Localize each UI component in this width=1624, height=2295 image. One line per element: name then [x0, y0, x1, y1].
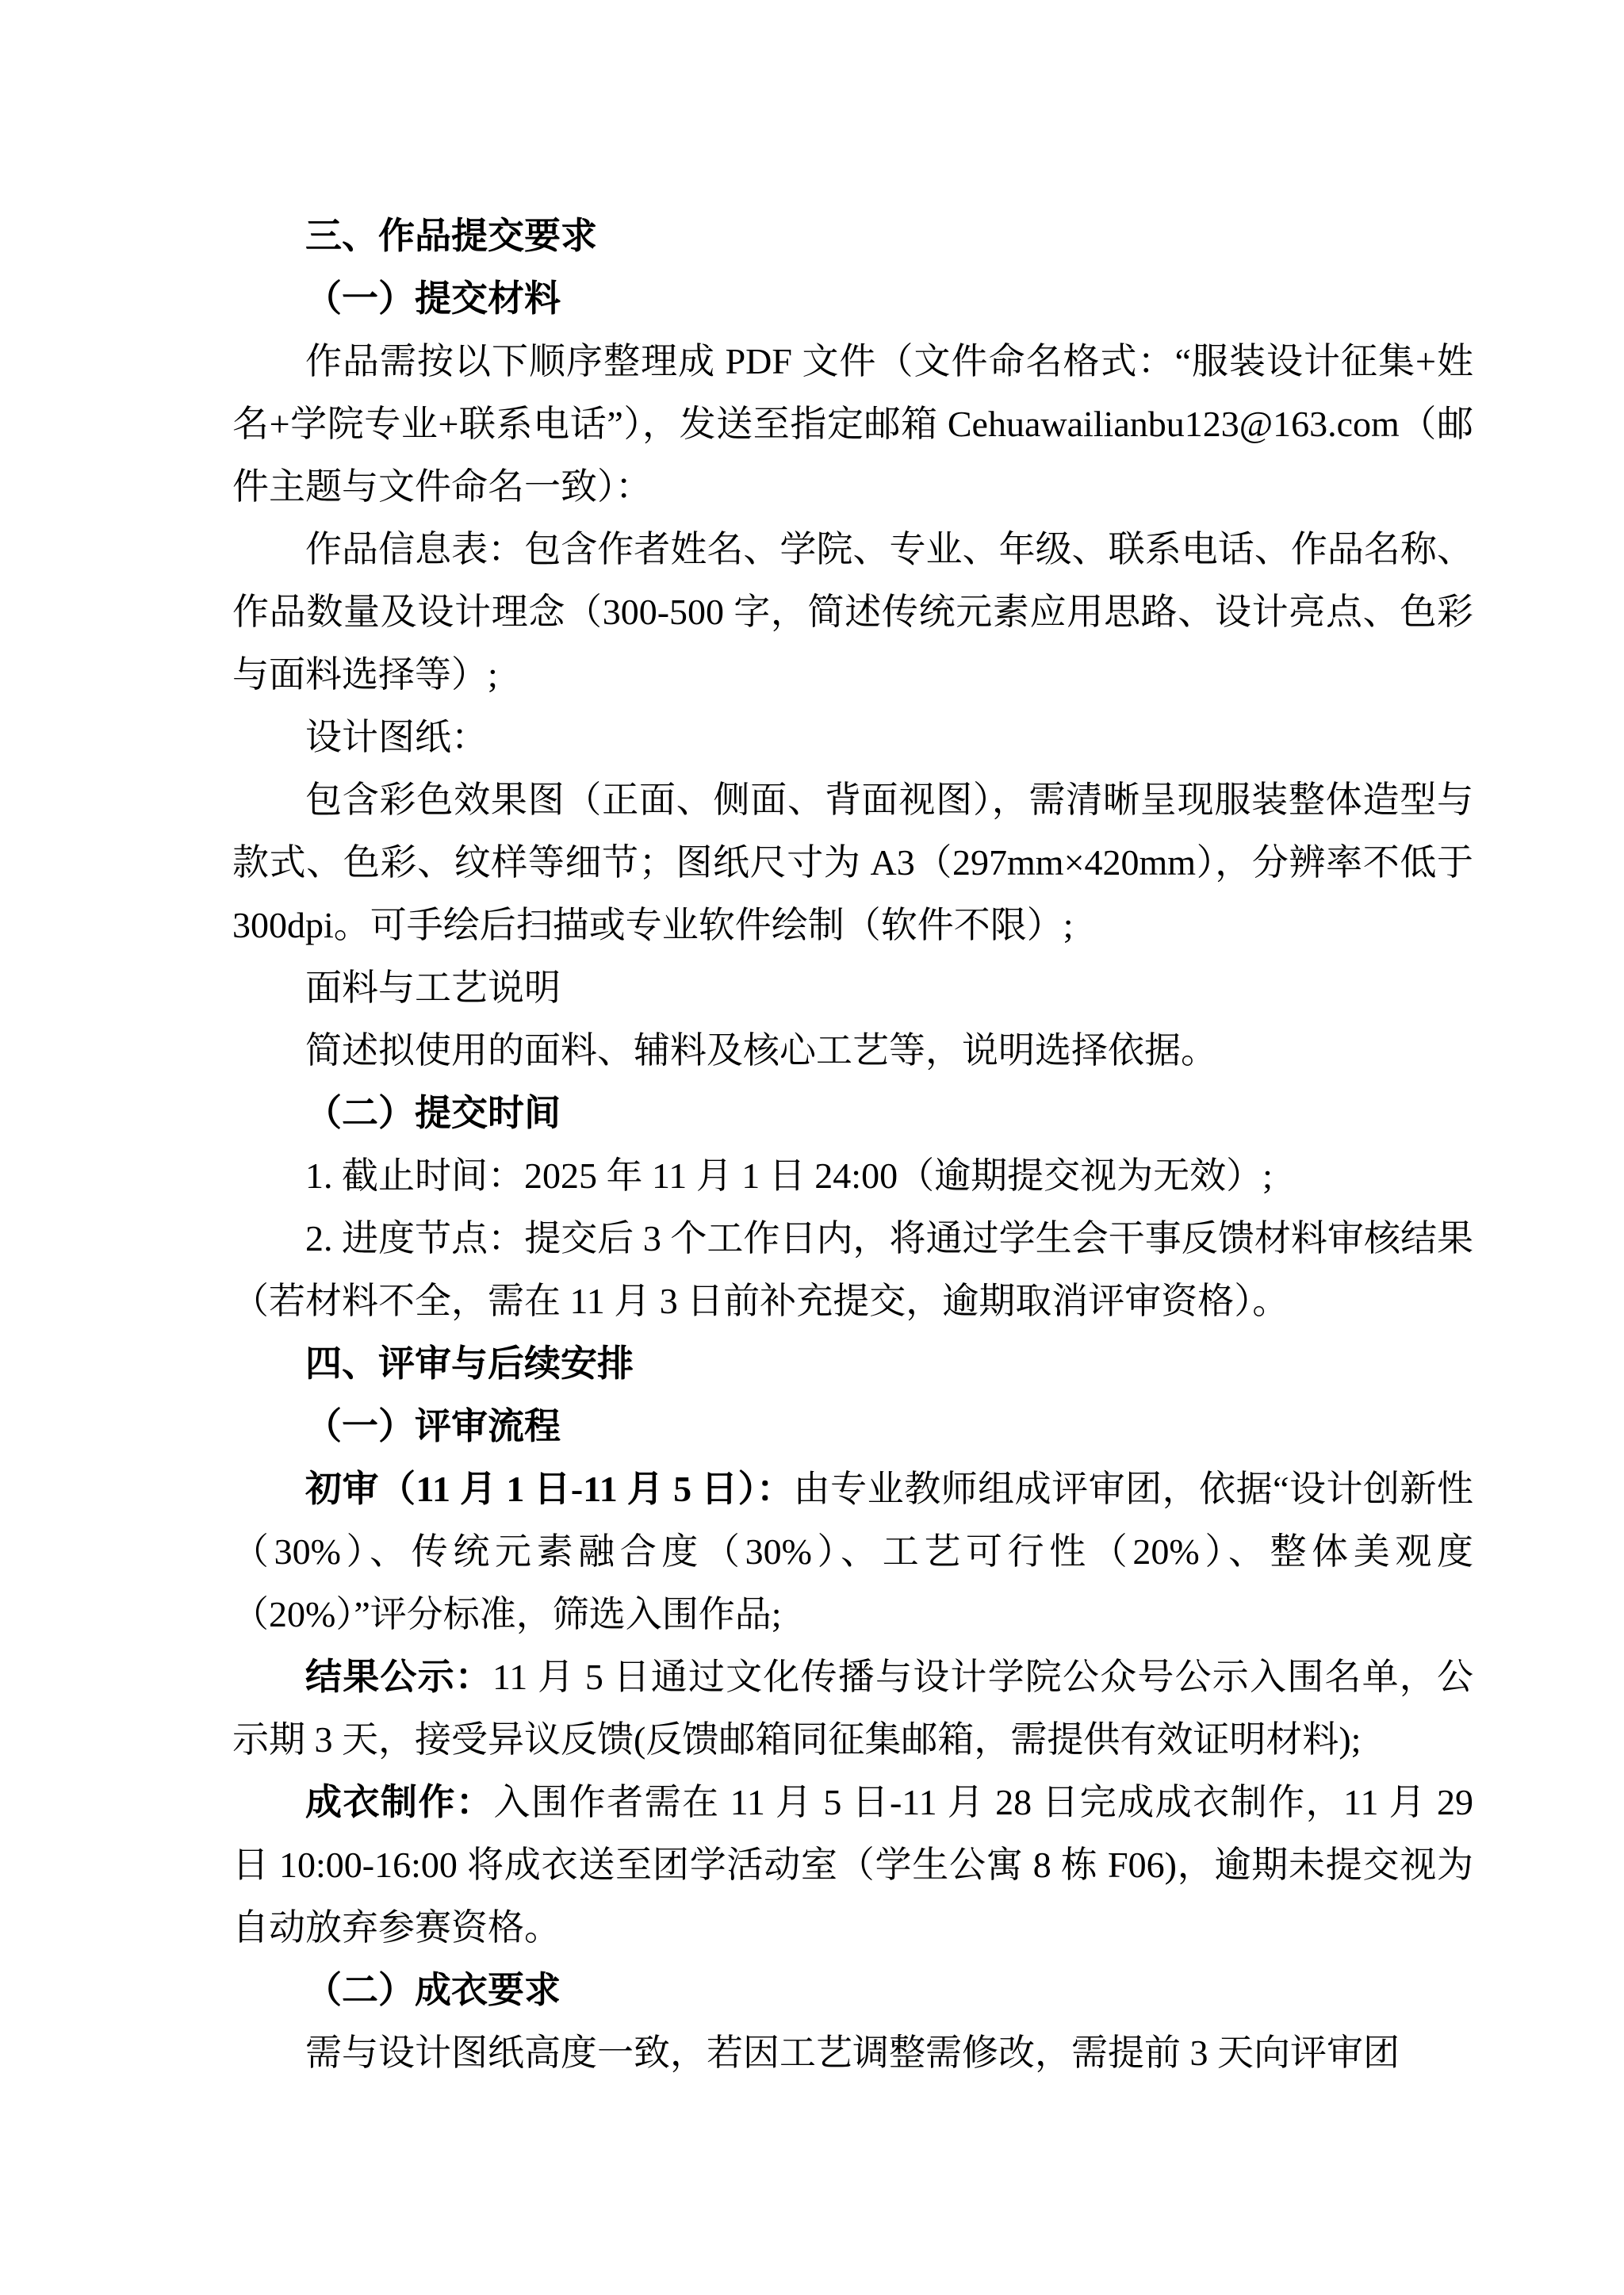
paragraph-fabric-process-label: 面料与工艺说明	[232, 956, 1473, 1019]
paragraph-preliminary-review: 初审（11 月 1 日-11 月 5 日）：由专业教师组成评审团，依据“设计创新…	[232, 1458, 1473, 1646]
paragraph-design-drawings-detail: 包含彩色效果图（正面、侧面、背面视图），需清晰呈现服装整体造型与款式、色彩、纹样…	[232, 768, 1473, 956]
paragraph-work-info-sheet: 作品信息表：包含作者姓名、学院、专业、年级、联系电话、作品名称、作品数量及设计理…	[232, 518, 1473, 706]
paragraph-text: 包含彩色效果图（正面、侧面、背面视图），需清晰呈现服装整体造型与款式、色彩、纹样…	[232, 780, 1473, 945]
paragraph-text: 作品信息表：包含作者姓名、学院、专业、年级、联系电话、作品名称、作品数量及设计理…	[232, 529, 1473, 695]
paragraph-design-drawings-label: 设计图纸：	[232, 706, 1473, 768]
paragraph-deadline: 1. 截止时间：2025 年 11 月 1 日 24:00（逾期提交视为无效）;	[232, 1144, 1473, 1207]
paragraph-fabric-process-detail: 简述拟使用的面料、辅料及核心工艺等，说明选择依据。	[232, 1019, 1473, 1082]
subsection-heading-submission-materials: （一）提交材料	[232, 267, 1473, 330]
document-text-block: 三、作品提交要求 （一）提交材料 作品需按以下顺序整理成 PDF 文件（文件命名…	[232, 205, 1473, 2084]
heading-text: （一）提交材料	[305, 278, 561, 319]
paragraph-pdf-instructions: 作品需按以下顺序整理成 PDF 文件（文件命名格式：“服装设计征集+姓名+学院专…	[232, 330, 1473, 518]
paragraph-progress-node: 2. 进度节点：提交后 3 个工作日内，将通过学生会干事反馈材料审核结果（若材料…	[232, 1207, 1473, 1332]
heading-text: （二）提交时间	[305, 1093, 561, 1133]
heading-text: 三、作品提交要求	[305, 214, 597, 257]
paragraph-text: 2. 进度节点：提交后 3 个工作日内，将通过学生会干事反馈材料审核结果（若材料…	[232, 1218, 1473, 1321]
paragraph-lead-bold: 结果公示：	[305, 1657, 492, 1697]
paragraph-text: 简述拟使用的面料、辅料及核心工艺等，说明选择依据。	[305, 1030, 1217, 1071]
subsection-heading-garment-requirements: （二）成衣要求	[232, 1959, 1473, 2021]
paragraph-lead-bold: 成衣制作：	[305, 1782, 494, 1822]
subsection-heading-submission-time: （二）提交时间	[232, 1082, 1473, 1144]
paragraph-garment-consistency: 需与设计图纸高度一致，若因工艺调整需修改，需提前 3 天向评审团	[232, 2021, 1473, 2084]
subsection-heading-review-process: （一）评审流程	[232, 1395, 1473, 1458]
paragraph-garment-production: 成衣制作：入围作者需在 11 月 5 日-11 月 28 日完成成衣制作，11 …	[232, 1771, 1473, 1959]
heading-text: （二）成衣要求	[305, 1970, 561, 2010]
paragraph-results-announcement: 结果公示：11 月 5 日通过文化传播与设计学院公众号公示入围名单，公示期 3 …	[232, 1646, 1473, 1771]
section-heading-review-arrangements: 四、评审与后续安排	[232, 1332, 1473, 1395]
paragraph-lead-bold: 初审（11 月 1 日-11 月 5 日）：	[305, 1469, 794, 1509]
paragraph-text: 1. 截止时间：2025 年 11 月 1 日 24:00（逾期提交视为无效）;	[305, 1155, 1273, 1196]
document-page: 三、作品提交要求 （一）提交材料 作品需按以下顺序整理成 PDF 文件（文件命名…	[0, 0, 1624, 2295]
section-heading-submission-requirements: 三、作品提交要求	[232, 205, 1473, 267]
email-address: Cehuawailianbu123@163.com	[948, 404, 1400, 444]
heading-text: （一）评审流程	[305, 1406, 561, 1446]
paragraph-text: 面料与工艺说明	[305, 967, 561, 1008]
paragraph-text: 设计图纸：	[305, 717, 488, 757]
heading-text: 四、评审与后续安排	[305, 1342, 634, 1385]
paragraph-text: 需与设计图纸高度一致，若因工艺调整需修改，需提前 3 天向评审团	[305, 2033, 1400, 2073]
